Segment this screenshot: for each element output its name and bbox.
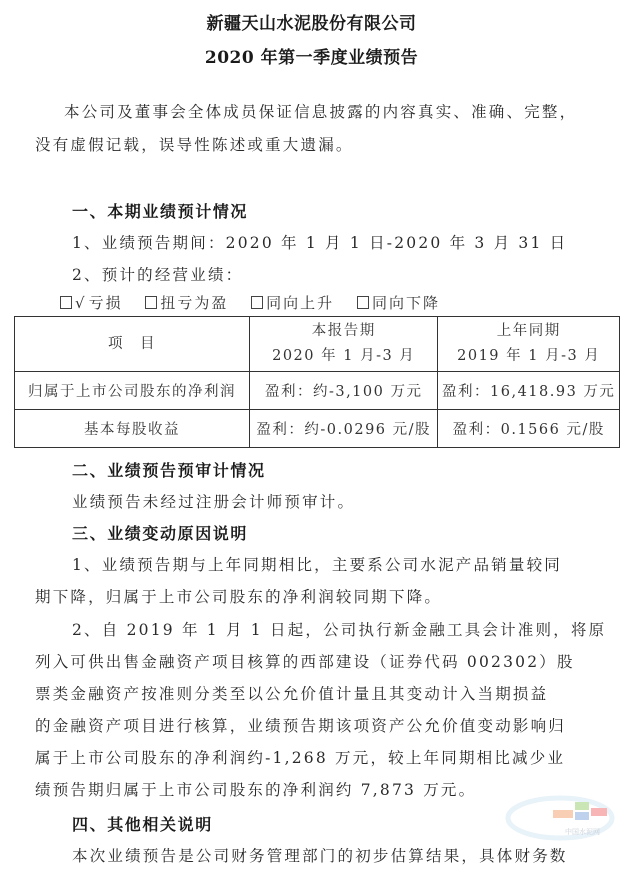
checkbox-icon — [251, 296, 263, 309]
row-item: 基本每股收益 — [15, 410, 250, 448]
forecast-period: 1、业绩预告期间：2020 年 1 月 1 日-2020 年 3 月 31 日 — [72, 231, 567, 253]
reason-1-line-1: 1、业绩预告期与上年同期相比，主要系公司水泥产品销量较同 — [72, 553, 562, 575]
table-row: 归属于上市公司股东的净利润 盈利：约-3,100 万元 盈利：16,418.93… — [15, 372, 620, 410]
section-4-heading: 四、其他相关说明 — [72, 812, 213, 835]
option-decrease: 同向下降 — [357, 292, 440, 313]
watermark-logo: 中国水泥网 — [505, 790, 615, 845]
section-2-heading: 二、业绩预告预审计情况 — [72, 458, 266, 481]
row-current: 盈利：约-0.0296 元/股 — [249, 410, 437, 448]
section-1-heading: 一、本期业绩预计情况 — [72, 199, 248, 222]
checkbox-icon — [357, 296, 369, 309]
checkmark-icon: √ — [75, 294, 87, 312]
audit-status-text: 业绩预告未经过注册会计师预审计。 — [72, 490, 355, 512]
reason-2-line-1: 2、自 2019 年 1 月 1 日起，公司执行新金融工具会计准则，将原 — [72, 618, 606, 640]
statement-line-1: 本公司及董事会全体成员保证信息披露的内容真实、准确、完整， — [64, 100, 577, 122]
checkbox-icon — [145, 296, 157, 309]
option-loss: √亏损 — [60, 292, 123, 313]
table-row: 基本每股收益 盈利：约-0.0296 元/股 盈利：0.1566 元/股 — [15, 410, 620, 448]
reason-1-line-2: 期下降，归属于上市公司股东的净利润较同期下降。 — [35, 585, 442, 607]
row-prior: 盈利：0.1566 元/股 — [438, 410, 620, 448]
reason-2-line-3: 票类金融资产按准则分类至以公允价值计量且其变动计入当期损益 — [35, 682, 548, 704]
row-item: 归属于上市公司股东的净利润 — [15, 372, 250, 410]
cement-network-logo-icon: 中国水泥网 — [505, 790, 615, 845]
option-turnaround: 扭亏为盈 — [145, 292, 228, 313]
row-prior: 盈利：16,418.93 万元 — [438, 372, 620, 410]
row-current: 盈利：约-3,100 万元 — [249, 372, 437, 410]
section-3-heading: 三、业绩变动原因说明 — [72, 521, 248, 544]
other-notes-text: 本次业绩预告是公司财务管理部门的初步估算结果，具体财务数 — [72, 844, 568, 866]
header-item: 项 目 — [15, 317, 250, 372]
expected-performance-label: 2、预计的经营业绩： — [72, 263, 243, 285]
header-current-period: 本报告期 2020 年 1 月-3 月 — [249, 317, 437, 372]
company-name: 新疆天山水泥股份有限公司 — [0, 9, 623, 34]
reason-2-line-5: 属于上市公司股东的净利润约-1,268 万元，较上年同期相比减少业 — [35, 746, 565, 768]
header-prior-period: 上年同期 2019 年 1 月-3 月 — [438, 317, 620, 372]
performance-type-options: √亏损 扭亏为盈 同向上升 同向下降 — [60, 292, 458, 313]
performance-table: 项 目 本报告期 2020 年 1 月-3 月 上年同期 2019 年 1 月-… — [14, 316, 620, 448]
announcement-document: 新疆天山水泥股份有限公司 2020 年第一季度业绩预告 本公司及董事会全体成员保… — [0, 0, 623, 870]
reason-2-line-2: 列入可供出售金融资产项目核算的西部建设（证券代码 002302）股 — [35, 650, 575, 672]
reason-2-line-6: 绩预告期归属于上市公司股东的净利润约 7,873 万元。 — [35, 778, 476, 800]
checkbox-icon — [60, 296, 72, 309]
option-increase: 同向上升 — [251, 292, 334, 313]
table-header-row: 项 目 本报告期 2020 年 1 月-3 月 上年同期 2019 年 1 月-… — [15, 317, 620, 372]
statement-line-2: 没有虚假记载，误导性陈述或重大遗漏。 — [35, 133, 354, 155]
svg-text:中国水泥网: 中国水泥网 — [565, 827, 600, 836]
announcement-title: 2020 年第一季度业绩预告 — [0, 43, 623, 68]
reason-2-line-4: 的金融资产项目进行核算，业绩预告期该项资产公允价值变动影响归 — [35, 714, 566, 736]
